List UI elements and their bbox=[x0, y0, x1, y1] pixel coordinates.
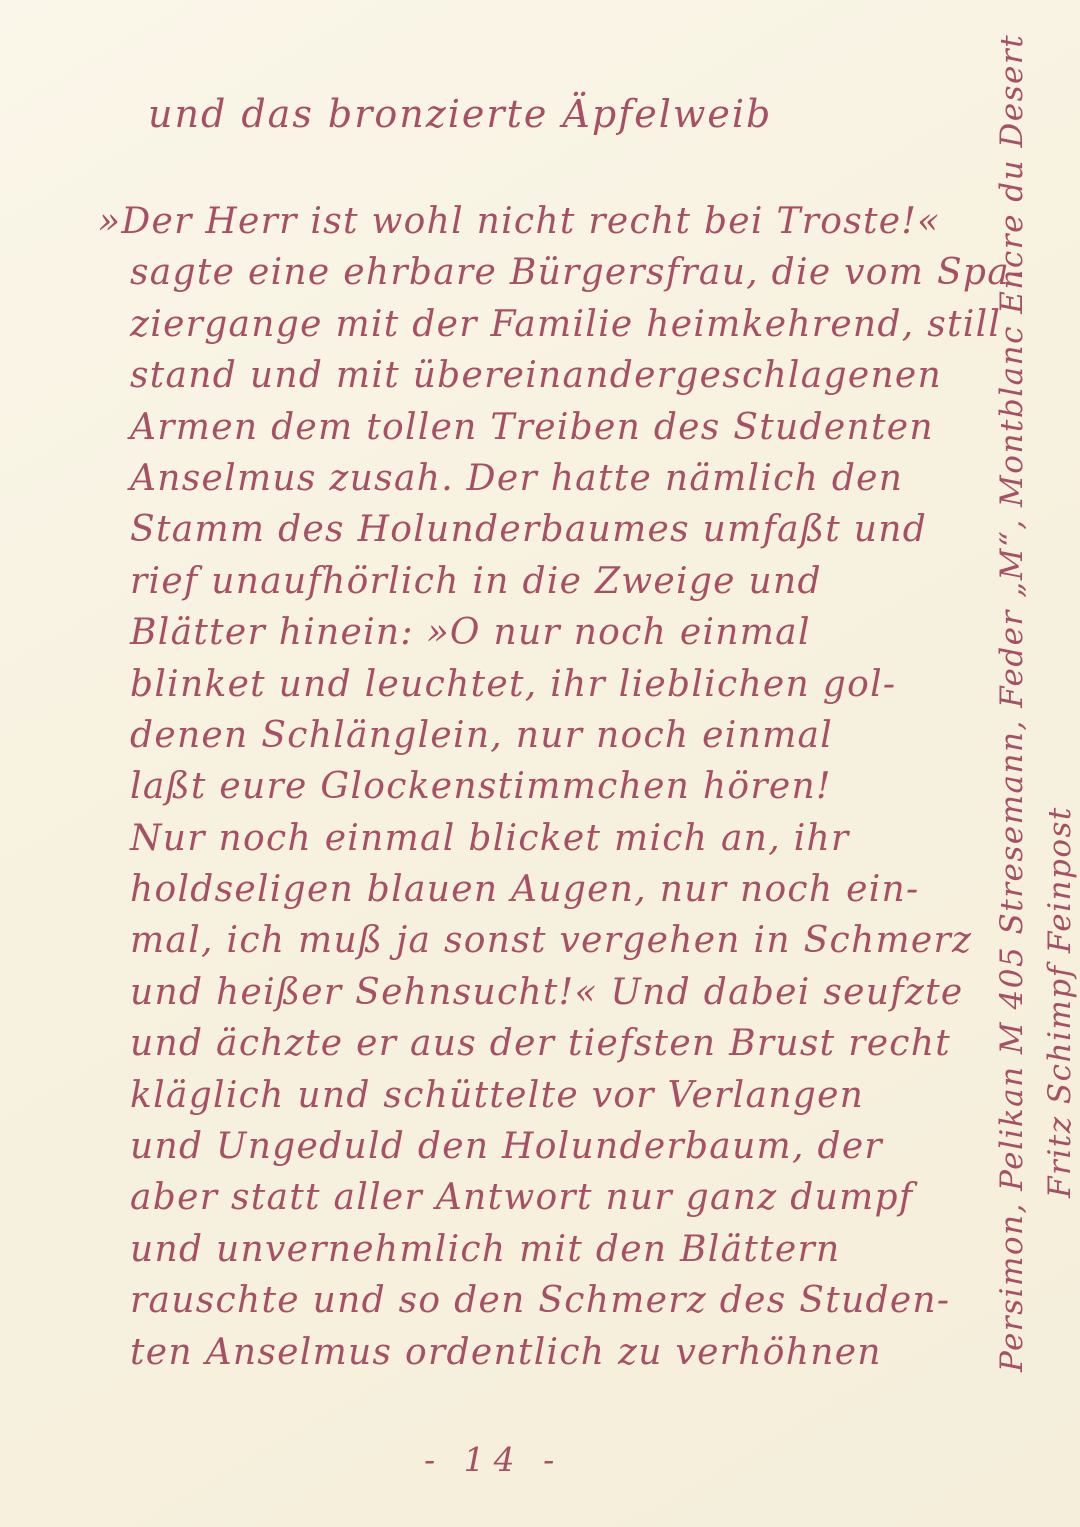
handwriting-line: rauschte und so den Schmerz des Studen- bbox=[96, 1275, 996, 1326]
handwriting-line: Nur noch einmal blicket mich an, ihr bbox=[96, 813, 996, 864]
handwriting-line: stand und mit übereinandergeschlagenen bbox=[96, 350, 996, 401]
handwriting-line: holdseligen blauen Augen, nur noch ein- bbox=[96, 864, 996, 915]
handwriting-line: und Ungeduld den Holunderbaum, der bbox=[96, 1121, 996, 1172]
page-number: - 14 - bbox=[424, 1440, 563, 1479]
handwriting-line: und unvernehmlich mit den Blättern bbox=[96, 1224, 996, 1275]
handwriting-line: und ächzte er aus der tiefsten Brust rec… bbox=[96, 1018, 996, 1069]
handwriting-line: kläglich und schüttelte vor Verlangen bbox=[96, 1070, 996, 1121]
handwritten-page: und das bronzierte Äpfelweib »Der Herr i… bbox=[0, 0, 1080, 1527]
handwriting-line: ten Anselmus ordentlich zu verhöhnen bbox=[96, 1327, 996, 1378]
margin-note-pen-and-ink: Persimon, Pelikan M 405 Stresemann, Fede… bbox=[994, 34, 1030, 1372]
page-heading-line: und das bronzierte Äpfelweib bbox=[148, 92, 772, 136]
handwriting-line: aber statt aller Antwort nur ganz dumpf bbox=[96, 1172, 996, 1223]
handwriting-line: mal, ich muß ja sonst vergehen in Schmer… bbox=[96, 915, 996, 966]
handwriting-line: »Der Herr ist wohl nicht recht bei Trost… bbox=[96, 196, 996, 247]
handwriting-line: Anselmus zusah. Der hatte nämlich den bbox=[96, 453, 996, 504]
handwriting-line: denen Schlänglein, nur noch einmal bbox=[96, 710, 996, 761]
handwriting-line: Stamm des Holunderbaumes umfaßt und bbox=[96, 504, 996, 555]
handwriting-line: laßt eure Glockenstimmchen hören! bbox=[96, 761, 996, 812]
handwriting-line: ziergange mit der Familie heimkehrend, s… bbox=[96, 299, 996, 350]
handwriting-line: Armen dem tollen Treiben des Studenten bbox=[96, 402, 996, 453]
handwriting-line: Blätter hinein: »O nur noch einmal bbox=[96, 607, 996, 658]
handwriting-line: und heißer Sehnsucht!« Und dabei seufzte bbox=[96, 967, 996, 1018]
margin-note-paper: Fritz Schimpf Feinpost bbox=[1042, 806, 1078, 1198]
handwriting-line: blinket und leuchtet, ihr lieblichen gol… bbox=[96, 659, 996, 710]
handwriting-line: sagte eine ehrbare Bürgersfrau, die vom … bbox=[96, 247, 996, 298]
handwriting-line: rief unaufhörlich in die Zweige und bbox=[96, 556, 996, 607]
body-text: »Der Herr ist wohl nicht recht bei Trost… bbox=[96, 196, 996, 1378]
